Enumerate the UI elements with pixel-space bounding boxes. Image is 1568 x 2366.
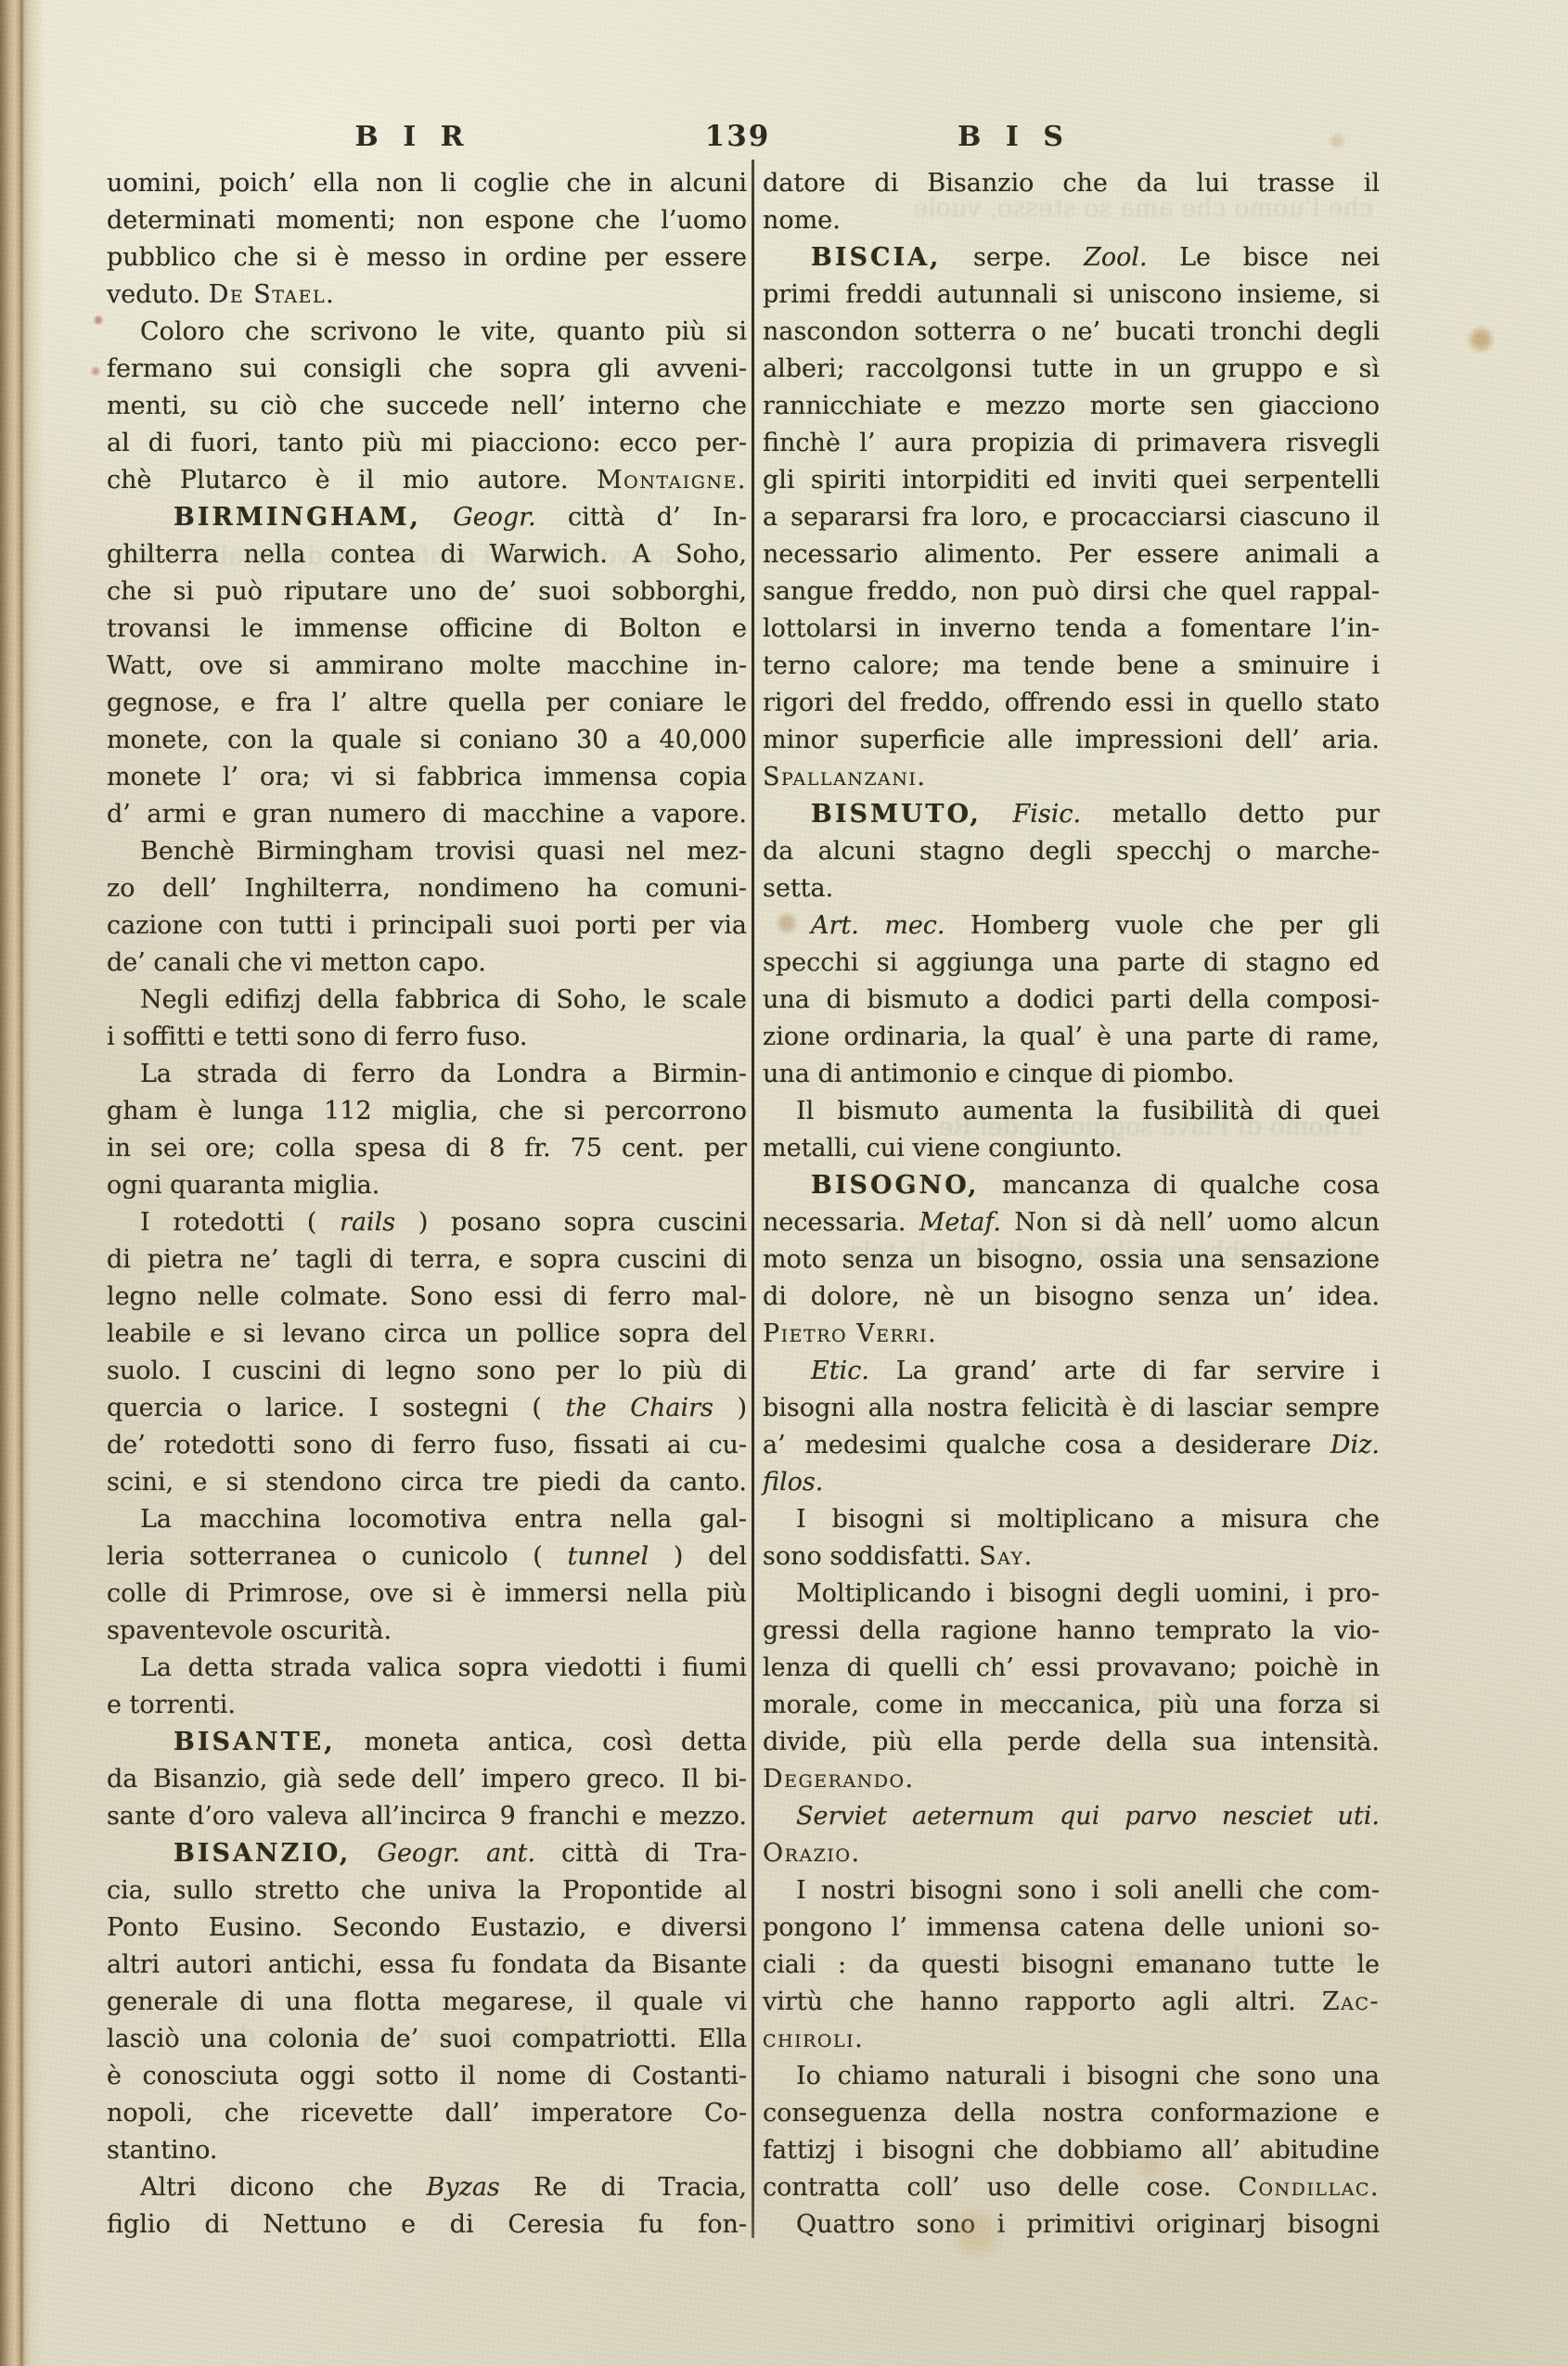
author-citation: Say. bbox=[979, 1542, 1034, 1571]
text-run: bisogni alla nostra felicità è di lascia… bbox=[763, 1394, 1380, 1422]
text-line: specchi si aggiunga una parte di stagno … bbox=[763, 945, 1380, 982]
text-run: I bisogni si moltiplicano a misura che bbox=[796, 1505, 1380, 1534]
text-line: generale di una flotta megarese, il qual… bbox=[107, 1984, 747, 2021]
text-run: trovansi le immense officine di Bolton e bbox=[107, 614, 747, 643]
text-line: necessaria. Metaf. Non si dà nell’ uomo … bbox=[763, 1204, 1380, 1241]
text-line: zione ordinaria, la qual’ è una parte di… bbox=[763, 1019, 1380, 1056]
author-citation: Zac- bbox=[1322, 1987, 1380, 2016]
text-line: e torrenti. bbox=[107, 1687, 747, 1724]
text-run: La macchina locomotiva entra nella gal- bbox=[140, 1505, 747, 1534]
text-line: legno nelle colmate. Sono essi di ferro … bbox=[107, 1279, 747, 1316]
text-run: La detta strada valica sopra viedotti i … bbox=[140, 1653, 747, 1682]
text-line: BISMUTO, Fisic. metallo detto pur bbox=[763, 796, 1380, 833]
text-run: da Bisanzio, già sede dell’ impero greco… bbox=[107, 1765, 747, 1794]
text-run: è conosciuta oggi sotto il nome di Costa… bbox=[107, 2062, 747, 2090]
text-run: specchi si aggiunga una parte di stagno … bbox=[763, 948, 1380, 977]
text-run: fermano sui consigli che sopra gli avven… bbox=[107, 354, 747, 383]
text-line: lenza di quelli ch’ essi provavano; poic… bbox=[763, 1650, 1380, 1687]
left-column: uomini, poich’ ella non li coglie che in… bbox=[107, 165, 747, 2244]
text-line: conseguenza della nostra conformazione e bbox=[763, 2095, 1380, 2132]
text-run: leria sotterranea o cunicolo ( bbox=[107, 1542, 568, 1571]
entry-headword: BISCIA, bbox=[811, 243, 941, 272]
text-run: rigori del freddo, offrendo essi in quel… bbox=[763, 688, 1380, 717]
text-line: Moltiplicando i bisogni degli uomini, i … bbox=[763, 1575, 1380, 1613]
italic-run: rails bbox=[340, 1208, 395, 1237]
text-line: I nostri bisogni sono i soli anelli che … bbox=[763, 1872, 1380, 1910]
text-line: Etic. La grand’ arte di far servire i bbox=[763, 1353, 1380, 1390]
text-run: chè Plutarco è il mio autore. bbox=[107, 466, 597, 495]
text-line: monete, con la quale si coniano 30 a 40,… bbox=[107, 722, 747, 759]
text-run: scini, e si stendono circa tre piedi da … bbox=[107, 1468, 747, 1497]
text-run: ) del bbox=[649, 1542, 747, 1571]
italic-run: Zool. bbox=[1084, 243, 1148, 272]
text-run: gham è lunga 112 miglia, che si percorro… bbox=[107, 1097, 747, 1125]
text-line: I rotedotti ( rails ) posano sopra cusci… bbox=[107, 1204, 747, 1241]
text-line: La strada di ferro da Londra a Birmin- bbox=[107, 1056, 747, 1093]
text-line: colle di Primrose, ove si è immersi nell… bbox=[107, 1575, 747, 1613]
text-run: metalli, cui viene congiunto. bbox=[763, 1134, 1123, 1163]
text-run: nome. bbox=[763, 206, 841, 235]
italic-run: Etic. bbox=[811, 1357, 869, 1385]
text-line: chè Plutarco è il mio autore. Montaigne. bbox=[107, 462, 747, 499]
text-line: Ponto Eusino. Secondo Eustazio, e divers… bbox=[107, 1910, 747, 1947]
text-line: contratta coll’ uso delle cose. Condilla… bbox=[763, 2169, 1380, 2206]
text-line: cazione con tutti i principali suoi port… bbox=[107, 907, 747, 945]
text-run: Quattro sono i primitivi originarj bisog… bbox=[796, 2210, 1380, 2239]
text-line: necessario alimento. Per essere animali … bbox=[763, 536, 1380, 573]
text-run: sangue freddo, non può dirsi che quel ra… bbox=[763, 577, 1380, 606]
text-line: da alcuni stagno degli specchj o marche- bbox=[763, 833, 1380, 870]
text-line: BISANTE, moneta antica, così detta bbox=[107, 1724, 747, 1761]
text-line: nascondon sotterra o ne’ bucati tronchi … bbox=[763, 314, 1380, 351]
author-citation: De Stael. bbox=[209, 280, 336, 309]
text-run: finchè l’ aura propizia di primavera ris… bbox=[763, 429, 1380, 457]
text-line: cia, sullo stretto che univa la Proponti… bbox=[107, 1872, 747, 1910]
text-run: ) posano sopra cuscini bbox=[395, 1208, 747, 1237]
text-line: gressi della ragione hanno temprato la v… bbox=[763, 1613, 1380, 1650]
text-run: ogni quaranta miglia. bbox=[107, 1171, 379, 1200]
text-run: in sei ore; colla spesa di 8 fr. 75 cent… bbox=[107, 1134, 747, 1163]
text-run: virtù che hanno rapporto agli altri. bbox=[763, 1987, 1322, 2016]
page-number: 139 bbox=[705, 119, 771, 154]
text-run: a’ medesimi qualche cosa a desiderare bbox=[763, 1431, 1330, 1459]
text-line: Serviet aeternum qui parvo nesciet uti. bbox=[763, 1798, 1380, 1835]
text-line: quercia o larice. I sostegni ( the Chair… bbox=[107, 1390, 747, 1427]
text-run: colle di Primrose, ove si è immersi nell… bbox=[107, 1579, 747, 1608]
text-line: pongono l’ immensa catena delle unioni s… bbox=[763, 1910, 1380, 1947]
text-line: i soffitti e tetti sono di ferro fuso. bbox=[107, 1019, 747, 1056]
text-line: Coloro che scrivono le vite, quanto più … bbox=[107, 314, 747, 351]
text-run: veduto. bbox=[107, 280, 209, 309]
author-citation: Orazio. bbox=[763, 1839, 861, 1868]
entry-headword: BIRMINGHAM, bbox=[174, 503, 421, 532]
text-run: divide, più ella perde della sua intensi… bbox=[763, 1728, 1380, 1756]
author-citation: Spallanzani. bbox=[763, 763, 926, 791]
text-run: de’ rotedotti sono di ferro fuso, fissat… bbox=[107, 1431, 747, 1459]
text-run: spaventevole oscurità. bbox=[107, 1616, 392, 1645]
text-line: rigori del freddo, offrendo essi in quel… bbox=[763, 685, 1380, 722]
text-run: setta. bbox=[763, 874, 833, 903]
italic-run: Diz. bbox=[1330, 1431, 1380, 1459]
text-run: nascondon sotterra o ne’ bucati tronchi … bbox=[763, 317, 1380, 346]
text-run: Moltiplicando i bisogni degli uomini, i … bbox=[796, 1579, 1380, 1608]
text-run: al di fuori, tanto più mi piacciono: ecc… bbox=[107, 429, 747, 457]
text-line: al di fuori, tanto più mi piacciono: ecc… bbox=[107, 425, 747, 462]
text-line: ogni quaranta miglia. bbox=[107, 1167, 747, 1204]
text-line: fattizj i bisogni che dobbiamo all’ abit… bbox=[763, 2132, 1380, 2169]
italic-run: Art. mec. bbox=[811, 911, 945, 940]
text-line: fermano sui consigli che sopra gli avven… bbox=[107, 351, 747, 388]
text-line: sante d’oro valeva all’incirca 9 franchi… bbox=[107, 1798, 747, 1835]
text-run: necessaria. bbox=[763, 1208, 919, 1237]
text-line: Orazio. bbox=[763, 1835, 1380, 1872]
book-binding-edge bbox=[0, 0, 45, 2366]
text-run: lottolarsi in inverno tenda a fomentare … bbox=[763, 614, 1380, 643]
text-line: figlio di Nettuno e di Ceresia fu fon- bbox=[107, 2206, 747, 2244]
text-line: nopoli, che ricevette dall’ imperatore C… bbox=[107, 2095, 747, 2132]
text-line: bisogni alla nostra felicità è di lascia… bbox=[763, 1390, 1380, 1427]
text-line: Io chiamo naturali i bisogni che sono un… bbox=[763, 2058, 1380, 2095]
entry-headword: BISOGNO, bbox=[811, 1171, 980, 1200]
text-run: sono soddisfatti. bbox=[763, 1542, 979, 1571]
text-run: Ponto Eusino. Secondo Eustazio, e divers… bbox=[107, 1913, 747, 1942]
italic-run: tunnel bbox=[568, 1542, 649, 1571]
text-run: moto senza un bisogno, ossia una sensazi… bbox=[763, 1245, 1380, 1274]
text-run: cazione con tutti i principali suoi port… bbox=[107, 911, 747, 940]
text-line: una di antimonio e cinque di piombo. bbox=[763, 1056, 1380, 1093]
text-run: e torrenti. bbox=[107, 1691, 236, 1719]
text-line: minor superficie alle impressioni dell’ … bbox=[763, 722, 1380, 759]
text-run: nopoli, che ricevette dall’ imperatore C… bbox=[107, 2099, 747, 2128]
text-line: La detta strada valica sopra viedotti i … bbox=[107, 1650, 747, 1687]
right-column: datore di Bisanzio che da lui trasse iln… bbox=[763, 165, 1380, 2244]
text-run: Il bismuto aumenta la fusibilità di quei bbox=[796, 1097, 1380, 1125]
text-line: gham è lunga 112 miglia, che si percorro… bbox=[107, 1093, 747, 1130]
text-run: serpe. bbox=[941, 243, 1084, 272]
text-run: i soffitti e tetti sono di ferro fuso. bbox=[107, 1022, 527, 1051]
text-line: Art. mec. Homberg vuole che per gli bbox=[763, 907, 1380, 945]
text-line: morale, come in meccanica, più una forza… bbox=[763, 1687, 1380, 1724]
text-line: lasciò una colonia de’ suoi compatriotti… bbox=[107, 2021, 747, 2058]
text-run: contratta coll’ uso delle cose. bbox=[763, 2173, 1238, 2202]
author-citation: Montaigne. bbox=[597, 466, 747, 495]
italic-run: the Chairs bbox=[566, 1394, 713, 1422]
text-run: suolo. I cuscini di legno sono per lo pi… bbox=[107, 1357, 747, 1385]
text-run: una di antimonio e cinque di piombo. bbox=[763, 1060, 1235, 1088]
text-run: menti, su ciò che succede nell’ interno … bbox=[107, 392, 747, 420]
italic-run: Fisic. bbox=[1013, 800, 1082, 829]
text-line: è conosciuta oggi sotto il nome di Costa… bbox=[107, 2058, 747, 2095]
text-run: uomini, poich’ ella non li coglie che in… bbox=[107, 169, 747, 198]
text-run: fattizj i bisogni che dobbiamo all’ abit… bbox=[763, 2136, 1380, 2165]
text-run: mancanza di qualche cosa bbox=[980, 1171, 1380, 1200]
text-run: terno calore; ma tende bene a sminuire i bbox=[763, 651, 1380, 680]
text-line: leria sotterranea o cunicolo ( tunnel ) … bbox=[107, 1538, 747, 1575]
text-line: veduto. De Stael. bbox=[107, 276, 747, 314]
text-line: in sei ore; colla spesa di 8 fr. 75 cent… bbox=[107, 1130, 747, 1167]
italic-run: filos. bbox=[763, 1468, 823, 1497]
text-line: alberi; raccolgonsi tutte in un gruppo e… bbox=[763, 351, 1380, 388]
text-line: lottolarsi in inverno tenda a fomentare … bbox=[763, 611, 1380, 648]
text-line: datore di Bisanzio che da lui trasse il bbox=[763, 165, 1380, 202]
text-run: Io chiamo naturali i bisogni che sono un… bbox=[796, 2062, 1380, 2090]
text-run bbox=[421, 503, 453, 532]
italic-run: Byzas bbox=[427, 2173, 500, 2202]
text-line: sangue freddo, non può dirsi che quel ra… bbox=[763, 573, 1380, 611]
text-run: de’ canali che vi metton capo. bbox=[107, 948, 486, 977]
text-line: Degerando. bbox=[763, 1761, 1380, 1798]
text-line: chiroli. bbox=[763, 2021, 1380, 2058]
text-line: Altri dicono che Byzas Re di Tracia, bbox=[107, 2169, 747, 2206]
entry-headword: BISANZIO, bbox=[174, 1839, 351, 1868]
text-line: nome. bbox=[763, 202, 1380, 239]
author-citation: Condillac. bbox=[1238, 2173, 1380, 2202]
text-line: moto senza un bisogno, ossia una sensazi… bbox=[763, 1241, 1380, 1279]
text-run: zione ordinaria, la qual’ è una parte di… bbox=[763, 1022, 1380, 1051]
text-line: scini, e si stendono circa tre piedi da … bbox=[107, 1464, 747, 1501]
text-run: pongono l’ immensa catena delle unioni s… bbox=[763, 1913, 1380, 1942]
text-line: menti, su ciò che succede nell’ interno … bbox=[107, 388, 747, 425]
text-run: legno nelle colmate. Sono essi di ferro … bbox=[107, 1282, 747, 1311]
text-line: finchè l’ aura propizia di primavera ris… bbox=[763, 425, 1380, 462]
text-run: metallo detto pur bbox=[1081, 800, 1380, 829]
text-line: Pietro Verri. bbox=[763, 1316, 1380, 1353]
text-run: morale, come in meccanica, più una forza… bbox=[763, 1691, 1380, 1719]
text-run: I nostri bisogni sono i soli anelli che … bbox=[796, 1876, 1380, 1905]
text-run: lasciò una colonia de’ suoi compatriotti… bbox=[107, 2025, 747, 2053]
text-run: Le bisce nei bbox=[1148, 243, 1380, 272]
text-run: Benchè Birmingham trovisi quasi nel mez- bbox=[140, 837, 747, 866]
author-citation: chiroli. bbox=[763, 2025, 864, 2053]
text-line: di pietra ne’ tagli di terra, e sopra cu… bbox=[107, 1241, 747, 1279]
text-line: suolo. I cuscini di legno sono per lo pi… bbox=[107, 1353, 747, 1390]
text-run: che si può riputare uno de’ suoi sobborg… bbox=[107, 577, 747, 606]
text-line: divide, più ella perde della sua intensi… bbox=[763, 1724, 1380, 1761]
text-line: I bisogni si moltiplicano a misura che bbox=[763, 1501, 1380, 1538]
text-run: Watt, ove si ammirano molte macchine in- bbox=[107, 651, 747, 680]
text-run: lenza di quelli ch’ essi provavano; poic… bbox=[763, 1653, 1380, 1682]
text-run: monete l’ ora; vi si fabbrica immensa co… bbox=[107, 763, 747, 791]
text-run: figlio di Nettuno e di Ceresia fu fon- bbox=[107, 2210, 747, 2239]
text-run: datore di Bisanzio che da lui trasse il bbox=[763, 169, 1380, 198]
text-line: a separarsi fra loro, e procacciarsi cia… bbox=[763, 499, 1380, 536]
text-line: primi freddi autunnali si uniscono insie… bbox=[763, 276, 1380, 314]
text-line: di dolore, nè un bisogno senza un’ idea. bbox=[763, 1279, 1380, 1316]
text-line: gegnose, e fra l’ altre quella per conia… bbox=[107, 685, 747, 722]
text-line: da Bisanzio, già sede dell’ impero greco… bbox=[107, 1761, 747, 1798]
text-run: ) bbox=[713, 1394, 747, 1422]
text-run: città d’ In- bbox=[536, 503, 747, 532]
text-line: sono soddisfatti. Say. bbox=[763, 1538, 1380, 1575]
text-run: primi freddi autunnali si uniscono insie… bbox=[763, 280, 1380, 309]
text-run: La strada di ferro da Londra a Birmin- bbox=[140, 1060, 747, 1088]
text-run: pubblico che si è messo in ordine per es… bbox=[107, 243, 747, 272]
author-citation: Pietro Verri. bbox=[763, 1319, 937, 1348]
text-run: Re di Tracia, bbox=[500, 2173, 747, 2202]
text-line: d’ armi e gran numero di macchine a vapo… bbox=[107, 796, 747, 833]
text-run: città di Tra- bbox=[535, 1839, 747, 1868]
text-run: minor superficie alle impressioni dell’ … bbox=[763, 726, 1380, 754]
text-run: La grand’ arte di far servire i bbox=[869, 1357, 1380, 1385]
text-line: ciali : da questi bisogni emanano tutte … bbox=[763, 1947, 1380, 1984]
text-run: zo dell’ Inghilterra, nondimeno ha comun… bbox=[107, 874, 747, 903]
text-run: Coloro che scrivono le vite, quanto più … bbox=[140, 317, 747, 346]
italic-run: Metaf. bbox=[919, 1208, 1001, 1237]
text-line: BIRMINGHAM, Geogr. città d’ In- bbox=[107, 499, 747, 536]
text-line: BISOGNO, mancanza di qualche cosa bbox=[763, 1167, 1380, 1204]
entry-headword: BISMUTO, bbox=[811, 800, 982, 829]
text-line: La macchina locomotiva entra nella gal- bbox=[107, 1501, 747, 1538]
text-line: rannicchiate e mezzo morte sen giacciono bbox=[763, 388, 1380, 425]
text-line: virtù che hanno rapporto agli altri. Zac… bbox=[763, 1984, 1380, 2021]
text-run: sante d’oro valeva all’incirca 9 franchi… bbox=[107, 1802, 747, 1831]
italic-run: Serviet aeternum qui parvo nesciet uti. bbox=[796, 1802, 1380, 1831]
text-line: a’ medesimi qualche cosa a desiderare Di… bbox=[763, 1427, 1380, 1464]
text-line: BISCIA, serpe. Zool. Le bisce nei bbox=[763, 239, 1380, 276]
text-run: d’ armi e gran numero di macchine a vapo… bbox=[107, 800, 747, 829]
text-run: monete, con la quale si coniano 30 a 40,… bbox=[107, 726, 747, 754]
italic-run: Geogr. ant. bbox=[377, 1839, 535, 1868]
text-run: I rotedotti ( bbox=[140, 1208, 340, 1237]
text-run: ghilterra nella contea di Warwich. A Soh… bbox=[107, 540, 747, 569]
text-line: gli spiriti intorpiditi ed inviti quei s… bbox=[763, 462, 1380, 499]
text-line: Benchè Birmingham trovisi quasi nel mez- bbox=[107, 833, 747, 870]
book-page-scan: che l’uomo che ama so stesso, vuole scri… bbox=[0, 0, 1568, 2366]
text-line: Il bismuto aumenta la fusibilità di quei bbox=[763, 1093, 1380, 1130]
text-run: di dolore, nè un bisogno senza un’ idea. bbox=[763, 1282, 1380, 1311]
text-line: determinati momenti; non espone che l’uo… bbox=[107, 202, 747, 239]
text-run: moneta antica, così detta bbox=[336, 1728, 747, 1756]
text-line: trovansi le immense officine di Bolton e bbox=[107, 611, 747, 648]
text-line: Quattro sono i primitivi originarj bisog… bbox=[763, 2206, 1380, 2244]
text-run: gegnose, e fra l’ altre quella per conia… bbox=[107, 688, 747, 717]
text-line: leabile e si levano circa un pollice sop… bbox=[107, 1316, 747, 1353]
text-run: conseguenza della nostra conformazione e bbox=[763, 2099, 1380, 2128]
text-run: una di bismuto a dodici parti della comp… bbox=[763, 985, 1380, 1014]
text-line: metalli, cui viene congiunto. bbox=[763, 1130, 1380, 1167]
italic-run: Geogr. bbox=[453, 503, 536, 532]
text-line: BISANZIO, Geogr. ant. città di Tra- bbox=[107, 1835, 747, 1872]
text-line: pubblico che si è messo in ordine per es… bbox=[107, 239, 747, 276]
text-line: altri autori antichi, essa fu fondata da… bbox=[107, 1947, 747, 1984]
text-run: leabile e si levano circa un pollice sop… bbox=[107, 1319, 747, 1348]
text-line: zo dell’ Inghilterra, nondimeno ha comun… bbox=[107, 870, 747, 907]
text-run: cia, sullo stretto che univa la Proponti… bbox=[107, 1876, 747, 1905]
text-line: uomini, poich’ ella non li coglie che in… bbox=[107, 165, 747, 202]
text-line: che si può riputare uno de’ suoi sobborg… bbox=[107, 573, 747, 611]
text-line: spaventevole oscurità. bbox=[107, 1613, 747, 1650]
text-run: stantino. bbox=[107, 2136, 217, 2165]
text-run: necessario alimento. Per essere animali … bbox=[763, 540, 1380, 569]
running-head-left: B I R bbox=[354, 121, 470, 154]
entry-headword: BISANTE, bbox=[174, 1728, 336, 1756]
text-run: Negli edifizj della fabbrica di Soho, le… bbox=[140, 985, 747, 1014]
text-line: filos. bbox=[763, 1464, 1380, 1501]
text-line: terno calore; ma tende bene a sminuire i bbox=[763, 648, 1380, 685]
text-line: de’ canali che vi metton capo. bbox=[107, 945, 747, 982]
text-run: Homberg vuole che per gli bbox=[945, 911, 1380, 940]
text-line: setta. bbox=[763, 870, 1380, 907]
text-run: altri autori antichi, essa fu fondata da… bbox=[107, 1950, 747, 1979]
text-run: quercia o larice. I sostegni ( bbox=[107, 1394, 566, 1422]
text-run: di pietra ne’ tagli di terra, e sopra cu… bbox=[107, 1245, 747, 1274]
text-line: una di bismuto a dodici parti della comp… bbox=[763, 982, 1380, 1019]
column-divider bbox=[752, 160, 754, 2238]
text-line: Watt, ove si ammirano molte macchine in- bbox=[107, 648, 747, 685]
text-line: Spallanzani. bbox=[763, 759, 1380, 796]
text-run: Altri dicono che bbox=[140, 2173, 427, 2202]
text-run: determinati momenti; non espone che l’uo… bbox=[107, 206, 747, 235]
text-run: alberi; raccolgonsi tutte in un gruppo e… bbox=[763, 354, 1380, 383]
text-run: Non si dà nell’ uomo alcun bbox=[1001, 1208, 1380, 1237]
text-run bbox=[351, 1839, 377, 1868]
text-run: a separarsi fra loro, e procacciarsi cia… bbox=[763, 503, 1380, 532]
text-line: ghilterra nella contea di Warwich. A Soh… bbox=[107, 536, 747, 573]
text-run: gressi della ragione hanno temprato la v… bbox=[763, 1616, 1380, 1645]
text-run: gli spiriti intorpiditi ed inviti quei s… bbox=[763, 466, 1380, 495]
text-run: da alcuni stagno degli specchj o marche- bbox=[763, 837, 1380, 866]
text-run: rannicchiate e mezzo morte sen giacciono bbox=[763, 392, 1380, 420]
text-line: Negli edifizj della fabbrica di Soho, le… bbox=[107, 982, 747, 1019]
running-head-right: B I S bbox=[958, 121, 1071, 154]
text-line: monete l’ ora; vi si fabbrica immensa co… bbox=[107, 759, 747, 796]
text-run: ciali : da questi bisogni emanano tutte … bbox=[763, 1950, 1380, 1979]
text-run bbox=[982, 800, 1013, 829]
text-line: stantino. bbox=[107, 2132, 747, 2169]
text-run: generale di una flotta megarese, il qual… bbox=[107, 1987, 747, 2016]
text-line: de’ rotedotti sono di ferro fuso, fissat… bbox=[107, 1427, 747, 1464]
author-citation: Degerando. bbox=[763, 1765, 915, 1794]
